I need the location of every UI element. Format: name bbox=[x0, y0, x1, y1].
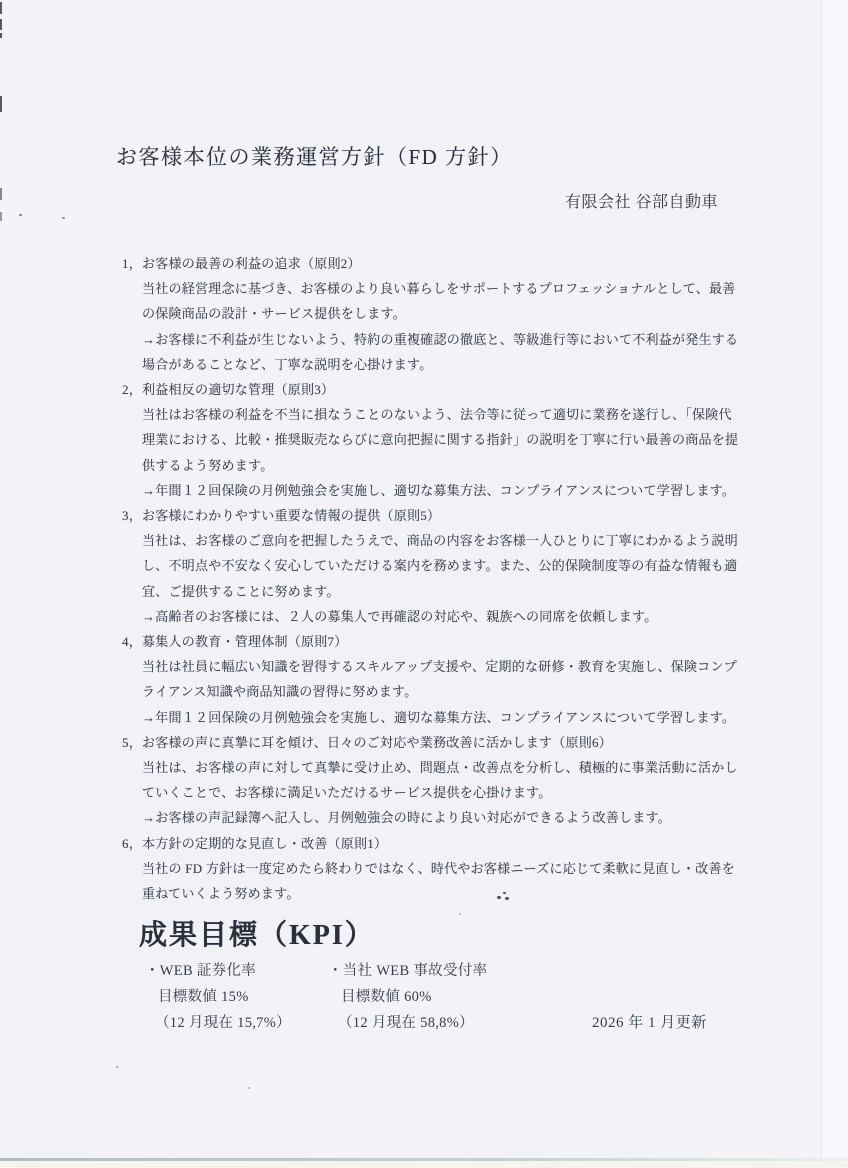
scanned-document-page: お客様本位の業務運営方針（FD 方針） 有限会社 谷部自動車 1，お客様の最善の… bbox=[0, 0, 848, 1168]
body-line: →年間１２回保険の月例勉強会を実施し、適切な募集方法、コンプライアンスについて学… bbox=[142, 478, 742, 503]
body-line: →年間１２回保険の月例勉強会を実施し、適切な募集方法、コンプライアンスについて学… bbox=[142, 705, 742, 730]
policy-section-2: 2，利益相反の適切な管理（原則3） 当社はお客様の利益を不当に損なうことのないよ… bbox=[122, 377, 742, 503]
policy-section-6: 6，本方針の定期的な見直し・改善（原則1） 当社の FD 方針は一度定めたら終わ… bbox=[122, 831, 742, 907]
section-heading: 5，お客様の声に真摯に耳を傾け、日々のご対応や業務改善に活かします（原則6） bbox=[142, 730, 742, 755]
kpi-name: ・WEB 証券化率 bbox=[145, 958, 328, 984]
scan-edge-mark bbox=[0, 212, 2, 221]
section-heading: 4，募集人の教育・管理体制（原則7） bbox=[142, 629, 742, 654]
body-line: 重ねていくよう努めます。 bbox=[142, 881, 742, 906]
dust-speck bbox=[19, 214, 22, 216]
dust-speck bbox=[62, 217, 65, 219]
scanner-background-band bbox=[822, 0, 848, 1168]
scan-edge-mark bbox=[0, 19, 2, 30]
section-heading: 3，お客様にわかりやすい重要な情報の提供（原則5） bbox=[142, 503, 742, 528]
kpi-target: 目標数値 60% bbox=[328, 984, 487, 1010]
policy-section-3: 3，お客様にわかりやすい重要な情報の提供（原則5） 当社は、お客様のご意向を把握… bbox=[122, 503, 742, 629]
body-line: ライアンス知識や商品知識の習得に努めます。 bbox=[142, 679, 742, 704]
body-line: の保険商品の設計・サービス提供をします。 bbox=[142, 301, 742, 326]
body-line: 当社は社員に幅広い知識を習得するスキルアップ支援や、定期的な研修・教育を実施し、… bbox=[142, 654, 742, 679]
section-heading-text: 募集人の教育・管理体制（原則7） bbox=[142, 634, 348, 649]
policy-sections: 1，お客様の最善の利益の追求（原則2） 当社の経営理念に基づき、お客様のより良い… bbox=[122, 251, 742, 906]
scan-smudge bbox=[495, 891, 511, 901]
body-line: →高齢者のお客様には、２人の募集人で再確認の対応や、親族への同席を依頼します。 bbox=[142, 604, 742, 629]
body-line: し、不明点や不安なく安心していただける案内を務めます。また、公的保険制度等の有益… bbox=[142, 553, 742, 578]
document-title: お客様本位の業務運営方針（FD 方針） bbox=[116, 141, 513, 171]
section-heading-text: 利益相反の適切な管理（原則3） bbox=[142, 382, 334, 397]
update-date: 2026 年 1 月更新 bbox=[592, 1010, 707, 1036]
section-heading-text: お客様の声に真摯に耳を傾け、日々のご対応や業務改善に活かします（原則6） bbox=[142, 735, 612, 750]
kpi-column-web-policy: ・WEB 証券化率 目標数値 15% （12 月現在 15,7%） bbox=[145, 958, 328, 1036]
scan-edge-mark bbox=[0, 33, 2, 38]
section-number: 4， bbox=[122, 629, 142, 654]
kpi-name: ・当社 WEB 事故受付率 bbox=[328, 958, 487, 984]
company-name: 有限会社 谷部自動車 bbox=[565, 189, 718, 212]
section-heading-text: 本方針の定期的な見直し・改善（原則1） bbox=[142, 836, 387, 851]
body-line: 当社の FD 方針は一度定めたら終わりではなく、時代やお客様ニーズに応じて柔軟に… bbox=[142, 856, 742, 881]
dust-speck bbox=[459, 913, 461, 915]
body-line: 当社は、お客様の声に対して真摯に受け止め、問題点・改善点を分析し、積極的に事業活… bbox=[142, 755, 742, 780]
section-number: 3， bbox=[122, 503, 142, 528]
body-line: 宜、ご提供することに努めます。 bbox=[142, 579, 742, 604]
kpi-current: （12 月現在 58,8%） bbox=[328, 1010, 487, 1036]
kpi-column-web-accident: ・当社 WEB 事故受付率 目標数値 60% （12 月現在 58,8%） bbox=[328, 958, 487, 1036]
section-number: 6， bbox=[122, 831, 142, 856]
body-line: 場合があることなど、丁寧な説明を心掛けます。 bbox=[142, 352, 742, 377]
section-heading-text: お客様にわかりやすい重要な情報の提供（原則5） bbox=[142, 508, 440, 523]
kpi-table: ・WEB 証券化率 目標数値 15% （12 月現在 15,7%） ・当社 WE… bbox=[145, 958, 487, 1036]
scan-edge-mark bbox=[0, 188, 2, 200]
body-line: 供するよう努めます。 bbox=[142, 453, 742, 478]
section-number: 2， bbox=[122, 377, 142, 402]
body-line: 理業における、比較・推奨販売ならびに意向把握に関する指針」の説明を丁寧に行い最善… bbox=[142, 427, 742, 452]
policy-section-5: 5，お客様の声に真摯に耳を傾け、日々のご対応や業務改善に活かします（原則6） 当… bbox=[122, 730, 742, 831]
kpi-target: 目標数値 15% bbox=[145, 984, 328, 1010]
body-line: →お客様に不利益が生じないよう、特約の重複確認の徹底と、等級進行等において不利益… bbox=[142, 327, 742, 352]
section-heading: 1，お客様の最善の利益の追求（原則2） bbox=[142, 251, 742, 276]
scan-edge-mark bbox=[0, 96, 2, 112]
body-line: 当社は、お客様のご意向を把握したうえで、商品の内容をお客様一人ひとりに丁寧にわか… bbox=[142, 528, 742, 553]
kpi-current: （12 月現在 15,7%） bbox=[145, 1010, 328, 1036]
section-heading: 6，本方針の定期的な見直し・改善（原則1） bbox=[142, 831, 742, 856]
section-heading: 2，利益相反の適切な管理（原則3） bbox=[142, 377, 742, 402]
body-line: ていくことで、お客様に満足いただけるサービス提供を心掛けます。 bbox=[142, 780, 742, 805]
body-line: 当社の経営理念に基づき、お客様のより良い暮らしをサポートするプロフェッショナルと… bbox=[142, 276, 742, 301]
section-heading-text: お客様の最善の利益の追求（原則2） bbox=[142, 256, 361, 271]
section-number: 5， bbox=[122, 730, 142, 755]
section-number: 1， bbox=[122, 251, 142, 276]
dust-speck bbox=[116, 1066, 118, 1068]
scan-edge-mark bbox=[0, 2, 2, 14]
kpi-heading: 成果目標（KPI） bbox=[139, 913, 375, 953]
dust-speck bbox=[248, 1087, 250, 1089]
policy-section-4: 4，募集人の教育・管理体制（原則7） 当社は社員に幅広い知識を習得するスキルアッ… bbox=[122, 629, 742, 730]
scanner-bottom-strip bbox=[0, 1161, 848, 1168]
body-line: →お客様の声記録簿へ記入し、月例勉強会の時により良い対応ができるよう改善します。 bbox=[142, 805, 742, 830]
body-line: 当社はお客様の利益を不当に損なうことのないよう、法令等に従って適切に業務を遂行し… bbox=[142, 402, 742, 427]
policy-section-1: 1，お客様の最善の利益の追求（原則2） 当社の経営理念に基づき、お客様のより良い… bbox=[122, 251, 742, 377]
